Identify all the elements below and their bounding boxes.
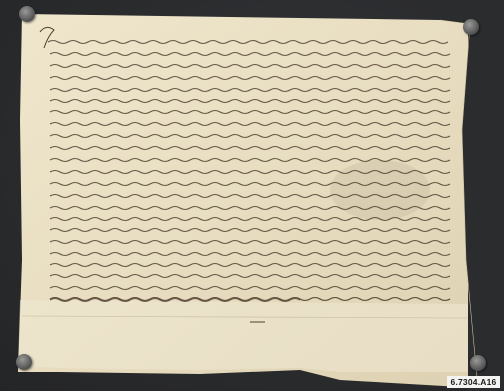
pin-bottom-right: [470, 355, 486, 371]
catalog-label: 6.7304.A16: [447, 376, 500, 388]
pin-top-left: [19, 6, 35, 22]
parchment-document: [0, 0, 504, 391]
pin-bottom-left: [16, 354, 32, 370]
pin-top-right: [463, 19, 479, 35]
